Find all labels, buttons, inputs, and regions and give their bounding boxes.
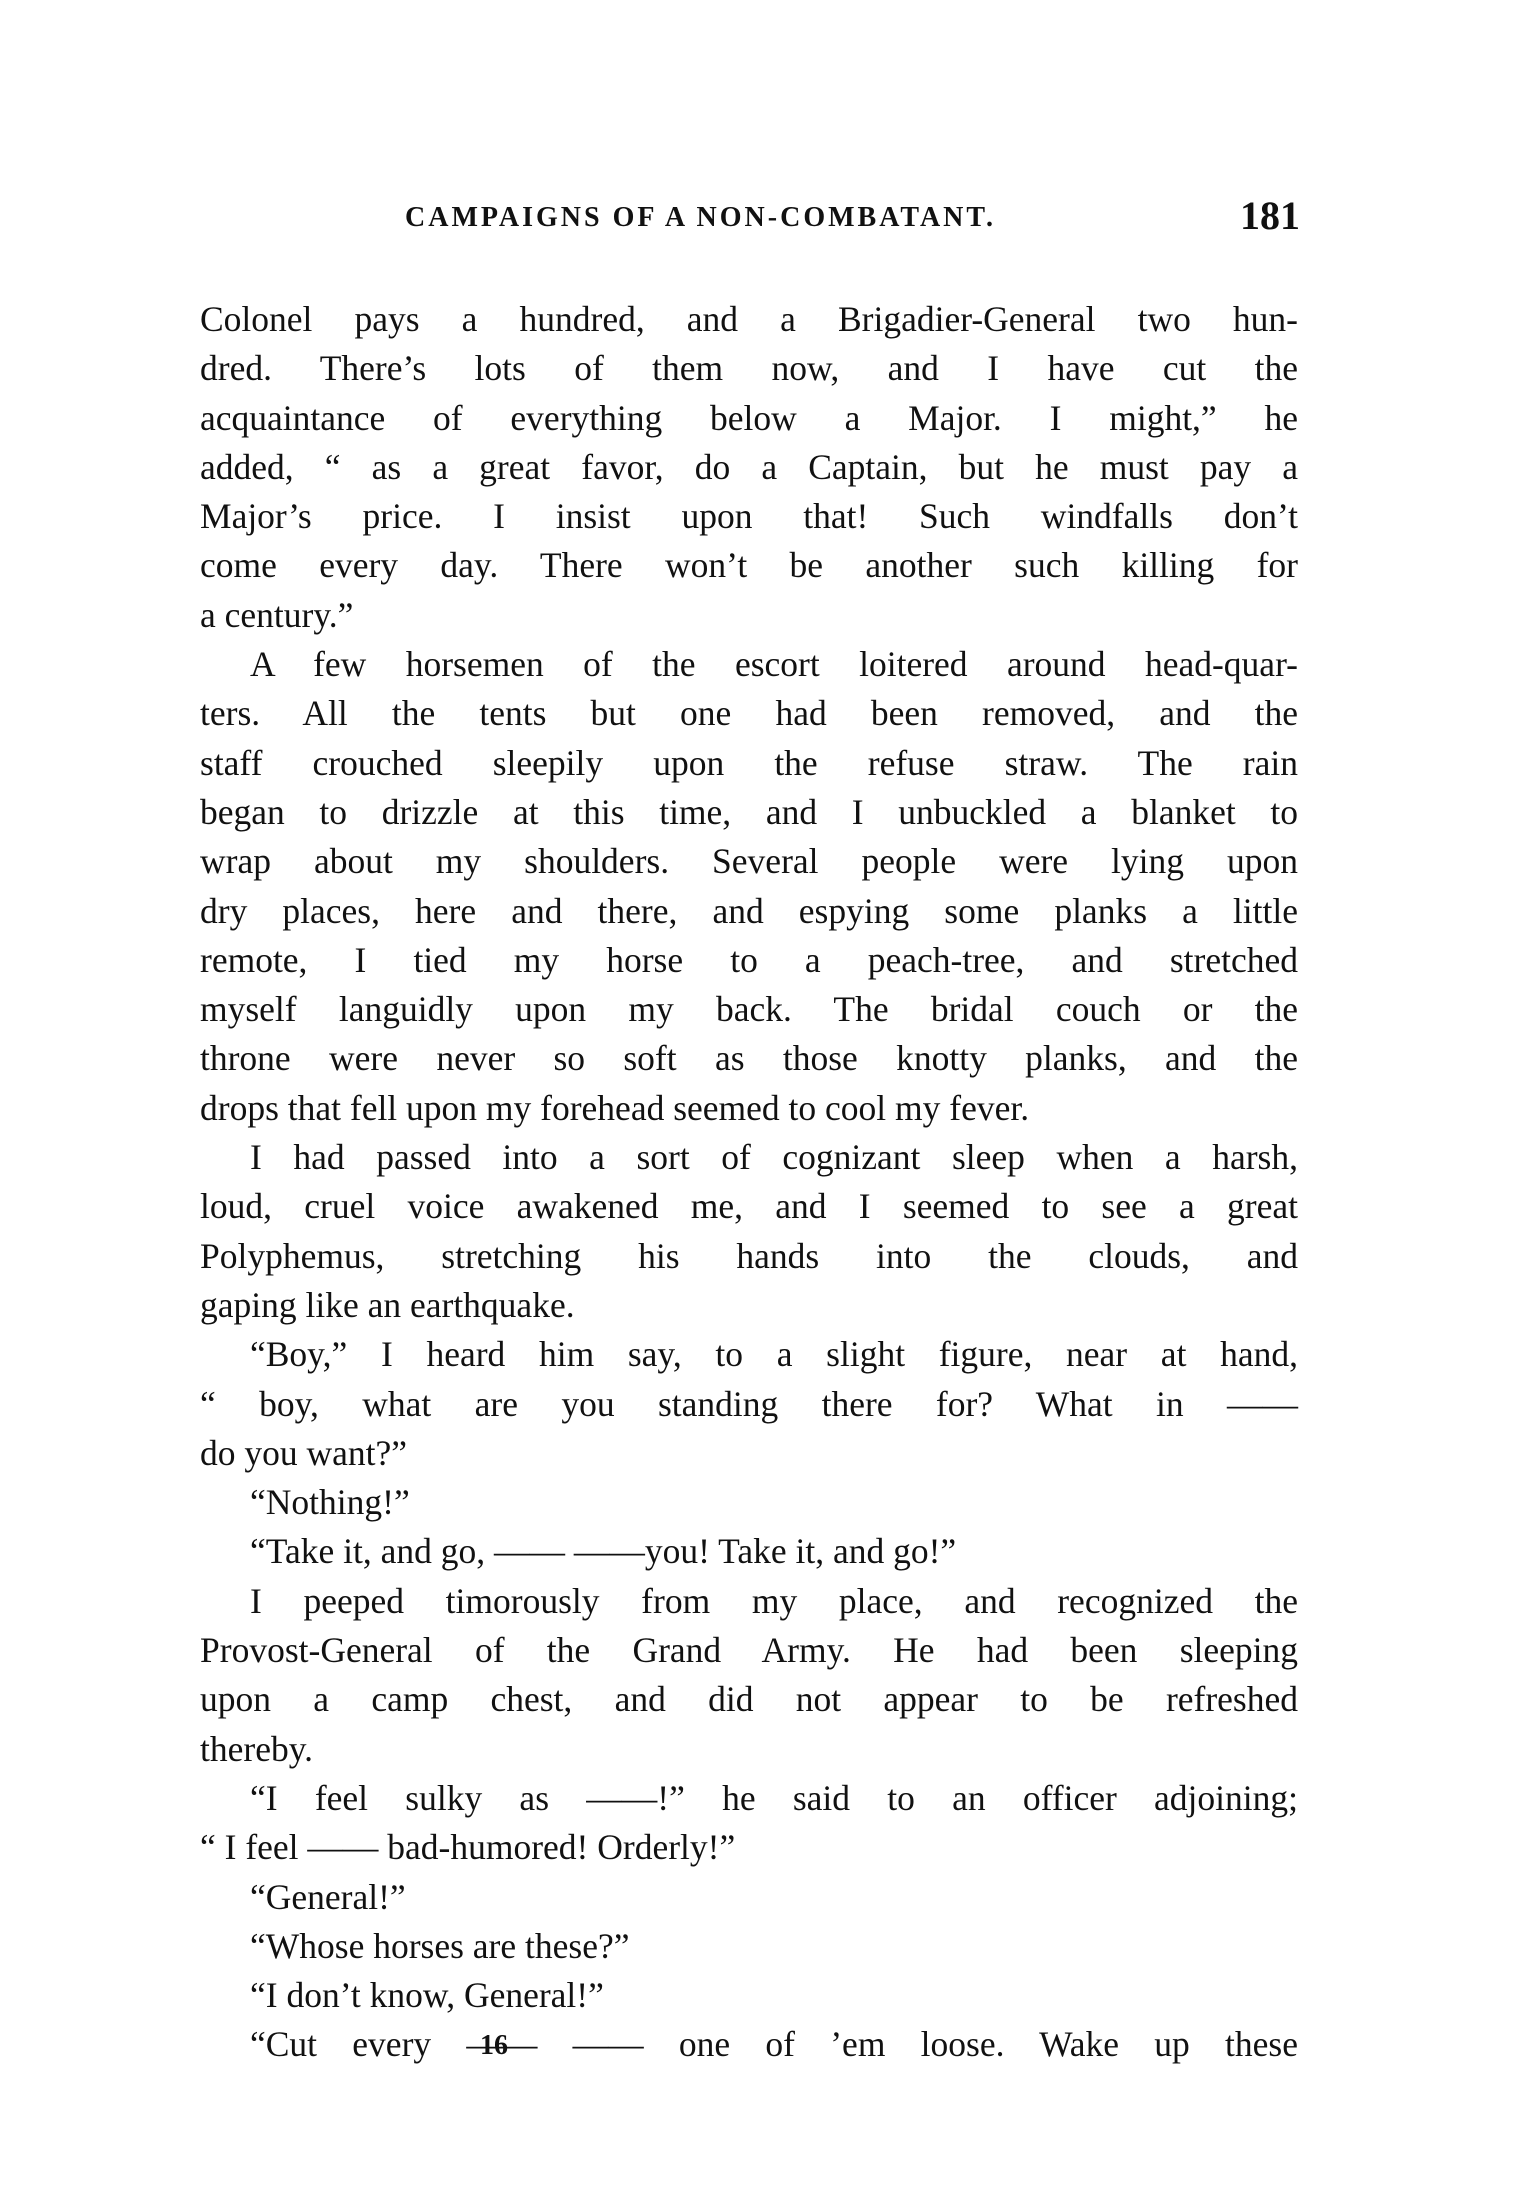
- text-line: drops that fell upon my forehead seemed …: [200, 1084, 1298, 1133]
- text-line: loud, cruel voice awakened me, and I see…: [200, 1182, 1298, 1231]
- text-line: gaping like an earthquake.: [200, 1281, 1298, 1330]
- text-line: “Boy,” I heard him say, to a slight figu…: [200, 1330, 1298, 1379]
- text-line: staff crouched sleepily upon the refuse …: [200, 739, 1298, 788]
- text-line: remote, I tied my horse to a peach-tree,…: [200, 936, 1298, 985]
- text-line: come every day. There won’t be another s…: [200, 541, 1298, 590]
- text-line: A few horsemen of the escort loitered ar…: [200, 640, 1298, 689]
- text-line: Provost-General of the Grand Army. He ha…: [200, 1626, 1298, 1675]
- text-line: a century.”: [200, 591, 1298, 640]
- text-line: Polyphemus, stretching his hands into th…: [200, 1232, 1298, 1281]
- text-line: “ boy, what are you standing there for? …: [200, 1380, 1298, 1429]
- book-page: Campaigns of a Non-Combatant. 181 Colone…: [0, 0, 1522, 2193]
- text-line: myself languidly upon my back. The brida…: [200, 985, 1298, 1034]
- text-line: Colonel pays a hundred, and a Brigadier-…: [200, 295, 1298, 344]
- running-head: Campaigns of a Non-Combatant. 181: [200, 192, 1300, 242]
- text-line: “Whose horses are these?”: [200, 1922, 1298, 1971]
- text-line: ters. All the tents but one had been rem…: [200, 689, 1298, 738]
- text-line: I had passed into a sort of cognizant sl…: [200, 1133, 1298, 1182]
- text-line: dred. There’s lots of them now, and I ha…: [200, 344, 1298, 393]
- text-line: “ I feel —— bad-humored! Orderly!”: [200, 1823, 1298, 1872]
- text-line: “I don’t know, General!”: [200, 1971, 1298, 2020]
- text-line: thereby.: [200, 1725, 1298, 1774]
- body-text: Colonel pays a hundred, and a Brigadier-…: [200, 295, 1298, 2070]
- page-number: 181: [1240, 192, 1300, 239]
- text-line: “General!”: [200, 1873, 1298, 1922]
- text-line: “Cut every —— —— one of ’em loose. Wake …: [200, 2020, 1298, 2069]
- signature-mark: 16: [480, 2030, 508, 2062]
- text-line: “I feel sulky as ——!” he said to an offi…: [200, 1774, 1298, 1823]
- text-line: throne were never so soft as those knott…: [200, 1034, 1298, 1083]
- text-line: began to drizzle at this time, and I unb…: [200, 788, 1298, 837]
- text-line: “Take it, and go, —— ——you! Take it, and…: [200, 1527, 1298, 1576]
- running-title: Campaigns of a Non-Combatant.: [405, 202, 996, 234]
- text-line: added, “ as a great favor, do a Captain,…: [200, 443, 1298, 492]
- text-line: wrap about my shoulders. Several people …: [200, 837, 1298, 886]
- text-line: upon a camp chest, and did not appear to…: [200, 1675, 1298, 1724]
- text-line: I peeped timorously from my place, and r…: [200, 1577, 1298, 1626]
- text-line: “Nothing!”: [200, 1478, 1298, 1527]
- text-line: dry places, here and there, and espying …: [200, 887, 1298, 936]
- text-line: Major’s price. I insist upon that! Such …: [200, 492, 1298, 541]
- text-line: acquaintance of everything below a Major…: [200, 394, 1298, 443]
- text-line: do you want?”: [200, 1429, 1298, 1478]
